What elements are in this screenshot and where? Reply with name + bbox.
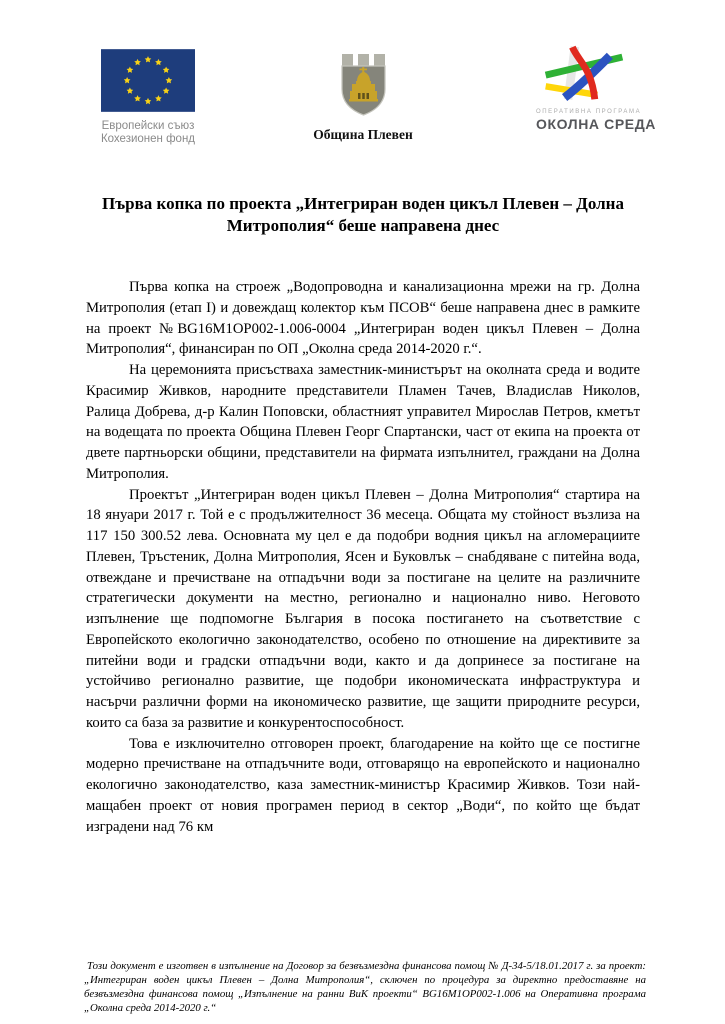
title-line1: Първа копка по проекта „Интегриран воден… [86, 193, 640, 215]
document-page: Европейски съюз Кохезионен фонд [0, 0, 725, 1024]
document-footer: Този документ е изготвен в изпълнение на… [84, 959, 646, 1015]
footer-disclaimer: Този документ е изготвен в изпълнение на… [84, 959, 646, 1015]
pleven-logo-label: Община Плевен [308, 127, 418, 143]
paragraph-4: Това е изключително отговорен проект, бл… [86, 734, 640, 838]
eu-caption-line1: Европейски съюз [99, 120, 197, 133]
title-line2: Митрополия“ беше направена днес [86, 215, 640, 237]
document-title: Първа копка по проекта „Интегриран воден… [86, 193, 640, 236]
operational-program-logo: ОПЕРАТИВНА ПРОГРАМА ОКОЛНА СРЕДА [536, 45, 632, 132]
pleven-crest-icon [339, 53, 388, 117]
eu-logo-caption: Европейски съюз Кохезионен фонд [99, 120, 197, 145]
eu-logo: Европейски съюз Кохезионен фонд [99, 49, 197, 145]
paragraph-2: На церемонията присъстваха заместник-мин… [86, 360, 640, 485]
eu-caption-line2: Кохезионен фонд [99, 133, 197, 146]
ops-name-label: ОКОЛНА СРЕДА [536, 116, 632, 132]
paragraph-1: Първа копка на строеж „Водопроводна и ка… [86, 277, 640, 360]
document-body: Първа копка на строеж „Водопроводна и ка… [86, 277, 640, 837]
pleven-municipality-logo: Община Плевен [308, 53, 418, 143]
paragraph-3: Проектът „Интегриран воден цикъл Плевен … [86, 485, 640, 734]
eu-flag-icon [101, 49, 195, 112]
environment-program-icon [543, 45, 625, 101]
ops-program-label: ОПЕРАТИВНА ПРОГРАМА [536, 109, 632, 115]
